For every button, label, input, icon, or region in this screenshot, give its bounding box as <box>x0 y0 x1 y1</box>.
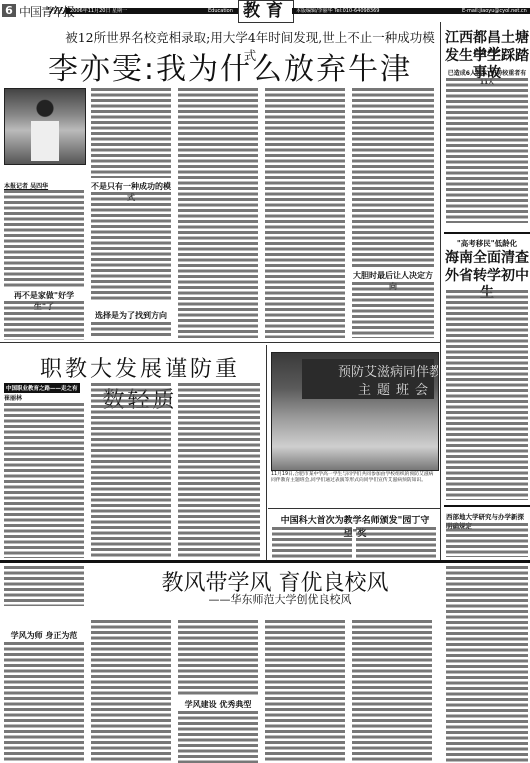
lead-byline: 本报记者 吴四华 <box>4 181 48 190</box>
column-divider <box>266 345 267 560</box>
sidebar-bottom-text <box>446 523 528 557</box>
lead-text-col3 <box>178 88 258 338</box>
bottom-text-col6 <box>446 566 528 763</box>
blackboard: 预防艾滋病同伴教育 主题班会 <box>302 359 434 399</box>
masthead: 6 中国青年报 2006年11月20日 星期一 Education 教育 本版编… <box>0 0 530 22</box>
sidebar-top-text <box>446 78 528 223</box>
email: E-mail:jiaoyu@cyol.net.cn <box>462 8 527 14</box>
sidebar-middle-kicker: "高考移民"低龄化 <box>444 238 530 249</box>
bottom-text-col2 <box>91 620 171 763</box>
lead-text-col1b <box>4 301 84 340</box>
divider <box>444 505 530 507</box>
bottom-subhead-2: 学风建设 优秀典型 <box>178 699 258 710</box>
lead-text-col5b <box>352 282 434 338</box>
lead-headline: 李亦雯:我为什么放弃牛津 <box>20 44 440 88</box>
bottom-text-col3b <box>178 711 258 763</box>
issue-date: 2006年11月20日 星期一 <box>70 8 127 14</box>
board-text-1: 预防艾滋病同伴教育 <box>338 361 439 380</box>
bottom-subhead-1: 学风为师 身正为范 <box>4 630 84 641</box>
lead-text-col5 <box>352 88 434 268</box>
bottom-text-col1 <box>4 642 84 763</box>
divider <box>444 232 530 234</box>
bottom-text-col3 <box>178 620 258 695</box>
kst-text-col1 <box>272 527 352 558</box>
divider <box>0 342 440 343</box>
news-photo: 预防艾滋病同伴教育 主题班会 <box>271 352 439 471</box>
vocational-byline: 崔丽林 <box>4 393 22 402</box>
lead-text-col4 <box>265 88 345 338</box>
bottom-text-col5 <box>352 620 432 763</box>
kst-text-col2 <box>356 527 436 558</box>
lead-text-col2c <box>91 322 171 338</box>
page-number: 6 <box>2 4 16 17</box>
divider <box>268 508 440 509</box>
bottom-subheadline: ——华东师范大学创优良校风 <box>180 591 380 607</box>
portrait-figure <box>31 99 59 161</box>
column-divider <box>440 22 441 560</box>
photo-caption: 11月19日,合肥市某中学高一学生与同学们共同参加由学校组织的预防艾滋病同伴教育… <box>271 472 437 484</box>
bottom-text-intro <box>4 566 84 606</box>
editor-info: 本版编辑/李丽华 Tel:010-64098369 <box>296 8 379 14</box>
lead-subhead-3: 选择是为了找到方向 <box>91 310 171 321</box>
portrait-photo <box>4 88 86 165</box>
divider <box>0 560 530 563</box>
vocational-text-col2 <box>91 383 171 558</box>
vocational-text-col3 <box>178 383 260 558</box>
sidebar-middle-title-1: 海南全面清查 <box>444 250 530 267</box>
bottom-text-col4 <box>265 620 345 763</box>
vocational-label: 中国职业教育之路——走之有 <box>4 383 80 393</box>
vocational-text-col1 <box>4 403 84 558</box>
board-text-2: 主题班会 <box>358 379 434 398</box>
lead-text-col2 <box>91 88 171 178</box>
section-en: Education <box>208 8 233 14</box>
lead-text-col1 <box>4 190 84 287</box>
sidebar-middle-text <box>446 290 528 500</box>
lead-text-col2b <box>91 192 171 302</box>
section-title: 教育 <box>238 0 294 23</box>
